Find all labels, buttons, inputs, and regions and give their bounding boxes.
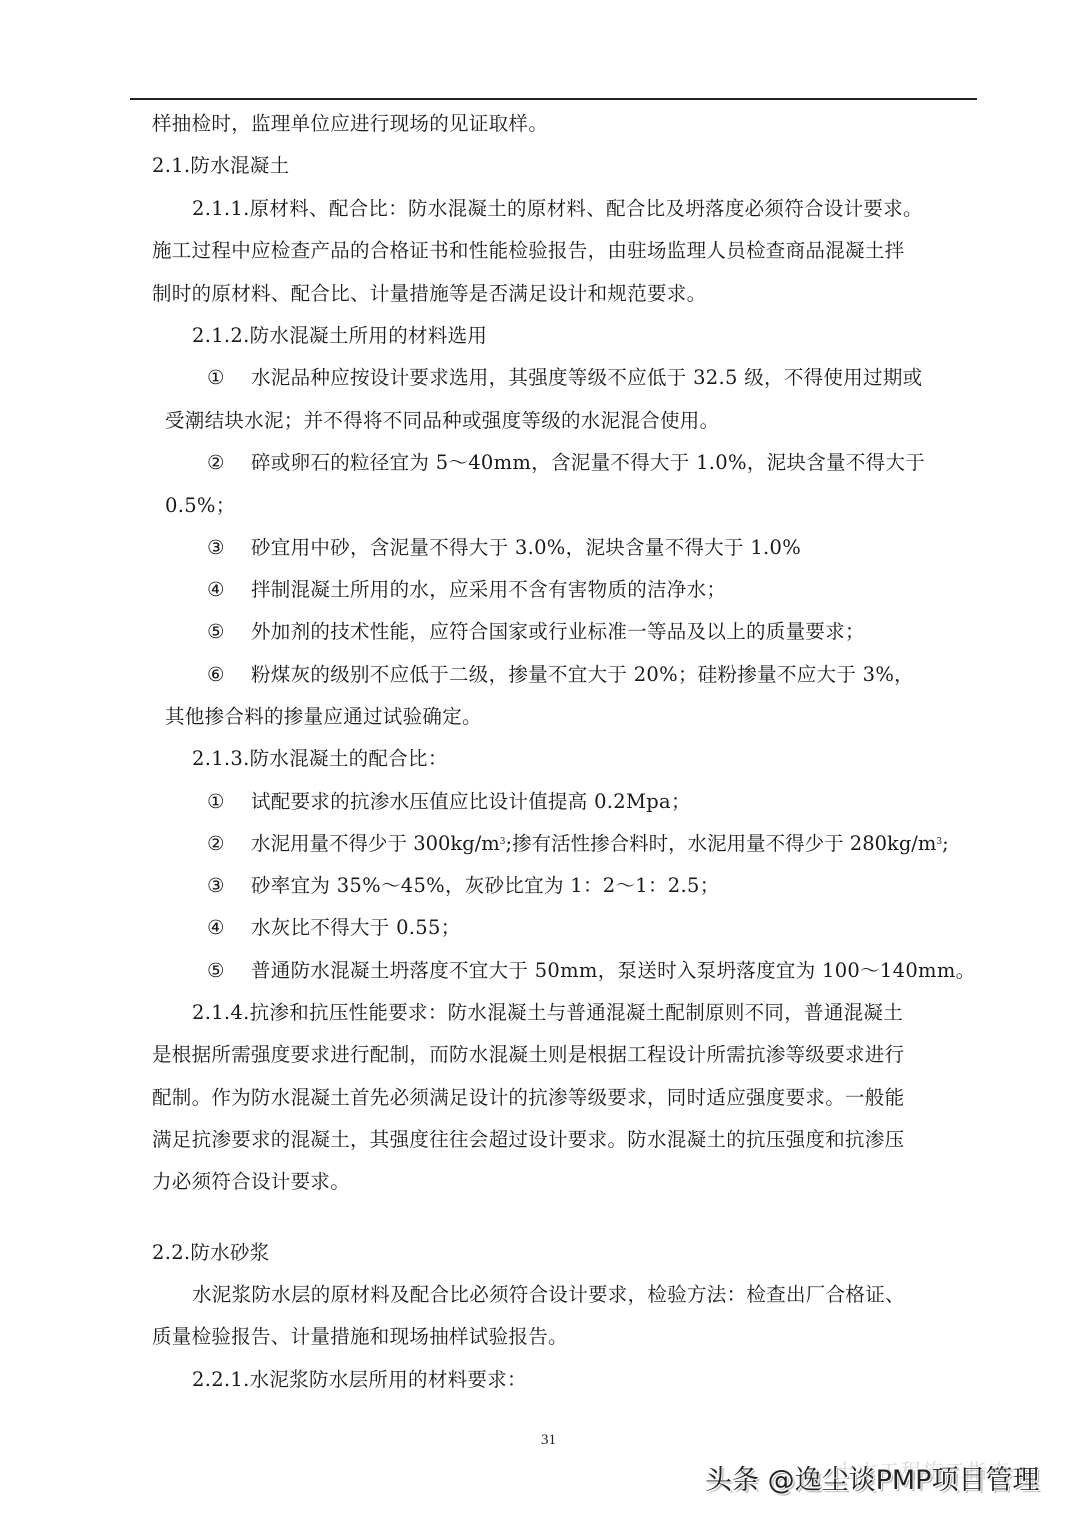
text-line: 制时的原材料、配合比、计量措施等是否满足设计和规范要求。 xyxy=(152,280,706,308)
list-item: ①水泥品种应按设计要求选用，其强度等级不应低于 32.5 级，不得使用过期或 xyxy=(207,364,922,392)
list-item: ①试配要求的抗渗水压值应比设计值提高 0.2Mpa； xyxy=(207,788,691,816)
subsection-heading: 2.1.2.防水混凝土所用的材料选用 xyxy=(192,322,487,350)
section-heading: 2.2.防水砂浆 xyxy=(152,1239,270,1267)
list-item-text: 外加剂的技术性能，应符合国家或行业标准一等品及以上的质量要求； xyxy=(251,620,865,643)
list-marker: ① xyxy=(207,788,251,816)
list-item: ③砂宜用中砂，含泥量不得大于 3.0%，泥块含量不得大于 1.0% xyxy=(207,534,801,562)
text-line: 力必须符合设计要求。 xyxy=(152,1168,350,1196)
source-watermark: 头条 @逸尘谈PMP项目管理 xyxy=(705,1458,1039,1497)
section-heading: 2.1.防水混凝土 xyxy=(152,152,289,180)
subsection-heading: 2.2.1.水泥浆防水层所用的材料要求： xyxy=(192,1366,527,1394)
list-marker: ② xyxy=(207,449,251,477)
list-item: ⑤普通防水混凝土坍落度不宜大于 50mm，泵送时入泵坍落度宜为 100～140m… xyxy=(207,957,975,985)
list-item: ④水灰比不得大于 0.55； xyxy=(207,914,461,942)
text-line: 质量检验报告、计量措施和现场抽样试验报告。 xyxy=(152,1323,568,1351)
text-line: 满足抗渗要求的混凝土，其强度往往会超过设计要求。防水混凝土的抗压强度和抗渗压 xyxy=(152,1126,904,1154)
superscript: 3 xyxy=(500,837,506,847)
list-item-text: 砂宜用中砂，含泥量不得大于 3.0%，泥块含量不得大于 1.0% xyxy=(251,536,801,559)
list-item-text: 试配要求的抗渗水压值应比设计值提高 0.2Mpa； xyxy=(251,790,691,813)
list-item-text: 砂率宜为 35%～45%，灰砂比宜为 1：2～1：2.5； xyxy=(251,874,720,897)
list-marker: ① xyxy=(207,364,251,392)
subsection-paragraph: 2.1.1.原材料、配合比：防水混凝土的原材料、配合比及坍落度必须符合设计要求。 xyxy=(192,195,923,223)
list-item-text: 水泥用量不得少于 300kg/m xyxy=(251,832,500,855)
text-line: 样抽检时，监理单位应进行现场的见证取样。 xyxy=(152,110,548,138)
list-item: ⑤外加剂的技术性能，应符合国家或行业标准一等品及以上的质量要求； xyxy=(207,618,865,646)
list-marker: ⑤ xyxy=(207,957,251,985)
list-marker: ④ xyxy=(207,914,251,942)
list-marker: ⑥ xyxy=(207,661,251,689)
list-marker: ③ xyxy=(207,534,251,562)
text-line: 受潮结块水泥；并不得将不同品种或强度等级的水泥混合使用。 xyxy=(165,407,719,435)
list-marker: ② xyxy=(207,830,251,858)
list-item-text: 粉煤灰的级别不应低于二级，掺量不宜大于 20%；硅粉掺量不应大于 3%， xyxy=(251,663,914,686)
list-item: ②水泥用量不得少于 300kg/m3;掺有活性掺合料时，水泥用量不得少于 280… xyxy=(207,830,949,858)
page-number: 31 xyxy=(541,1432,556,1449)
list-item: ⑥粉煤灰的级别不应低于二级，掺量不宜大于 20%；硅粉掺量不应大于 3%， xyxy=(207,661,914,689)
header-rule xyxy=(130,98,977,100)
list-item-text: 拌制混凝土所用的水，应采用不含有害物质的洁净水； xyxy=(251,578,726,601)
subsection-heading: 2.1.3.防水混凝土的配合比： xyxy=(192,745,448,773)
list-item: ③砂率宜为 35%～45%，灰砂比宜为 1：2～1：2.5； xyxy=(207,872,720,900)
list-item-text: 普通防水混凝土坍落度不宜大于 50mm，泵送时入泵坍落度宜为 100～140mm… xyxy=(251,959,975,982)
text-line: 施工过程中应检查产品的合格证书和性能检验报告，由驻场监理人员检查商品混凝土拌 xyxy=(152,237,904,265)
list-item: ④拌制混凝土所用的水，应采用不含有害物质的洁净水； xyxy=(207,576,726,604)
list-marker: ⑤ xyxy=(207,618,251,646)
paragraph: 水泥浆防水层的原材料及配合比必须符合设计要求，检验方法：检查出厂合格证、 xyxy=(192,1281,905,1309)
text-line: 0.5%； xyxy=(165,492,236,520)
list-marker: ④ xyxy=(207,576,251,604)
text-line: 是根据所需强度要求进行配制，而防水混凝土则是根据工程设计所需抗渗等级要求进行 xyxy=(152,1041,904,1069)
list-item-text: 碎或卵石的粒径宜为 5～40mm，含泥量不得大于 1.0%，泥块含量不得大于 xyxy=(251,451,925,474)
list-item-text: ;掺有活性掺合料时，水泥用量不得少于 280kg/m xyxy=(506,832,937,855)
text-line: 其他掺合料的掺量应通过试验确定。 xyxy=(165,703,482,731)
text-line: 配制。作为防水混凝土首先必须满足设计的抗渗等级要求，同时适应强度要求。一般能 xyxy=(152,1084,904,1112)
list-item-text: 水泥品种应按设计要求选用，其强度等级不应低于 32.5 级，不得使用过期或 xyxy=(251,366,922,389)
list-item-text: 水灰比不得大于 0.55； xyxy=(251,916,461,939)
subsection-paragraph: 2.1.4.抗渗和抗压性能要求：防水混凝土与普通混凝土配制原则不同，普通混凝土 xyxy=(192,999,903,1027)
list-item: ②碎或卵石的粒径宜为 5～40mm，含泥量不得大于 1.0%，泥块含量不得大于 xyxy=(207,449,925,477)
list-item-text: ; xyxy=(942,832,949,855)
superscript: 3 xyxy=(936,837,942,847)
list-marker: ③ xyxy=(207,872,251,900)
